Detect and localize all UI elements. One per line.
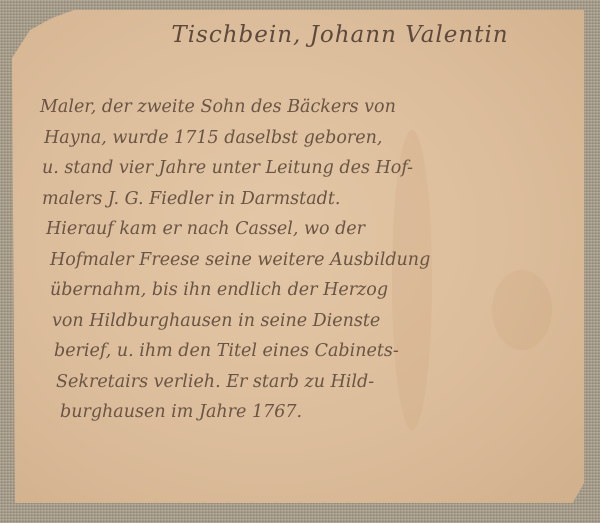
text-line: burghausen im Jahre 1767. [60, 397, 580, 428]
text-line: Hayna, wurde 1715 daselbst geboren, [44, 123, 580, 154]
text-line: Maler, der zweite Sohn des Bäckers von [40, 92, 580, 123]
text-line: malers J. G. Fiedler in Darmstadt. [42, 184, 580, 215]
document-title: Tischbein, Johann Valentin [120, 22, 560, 48]
text-line: Sekretairs verlieh. Er starb zu Hild- [56, 367, 580, 398]
text-line: u. stand vier Jahre unter Leitung des Ho… [42, 153, 580, 184]
document-body: Maler, der zweite Sohn des Bäckers von H… [40, 92, 580, 428]
text-line: übernahm, bis ihn endlich der Herzog [50, 275, 580, 306]
text-line: Hofmaler Freese seine weitere Ausbildung [50, 245, 580, 276]
text-line: berief, u. ihm den Titel eines Cabinets- [54, 336, 580, 367]
text-line: von Hildburghausen in seine Dienste [52, 306, 580, 337]
text-line: Hierauf kam er nach Cassel, wo der [46, 214, 580, 245]
